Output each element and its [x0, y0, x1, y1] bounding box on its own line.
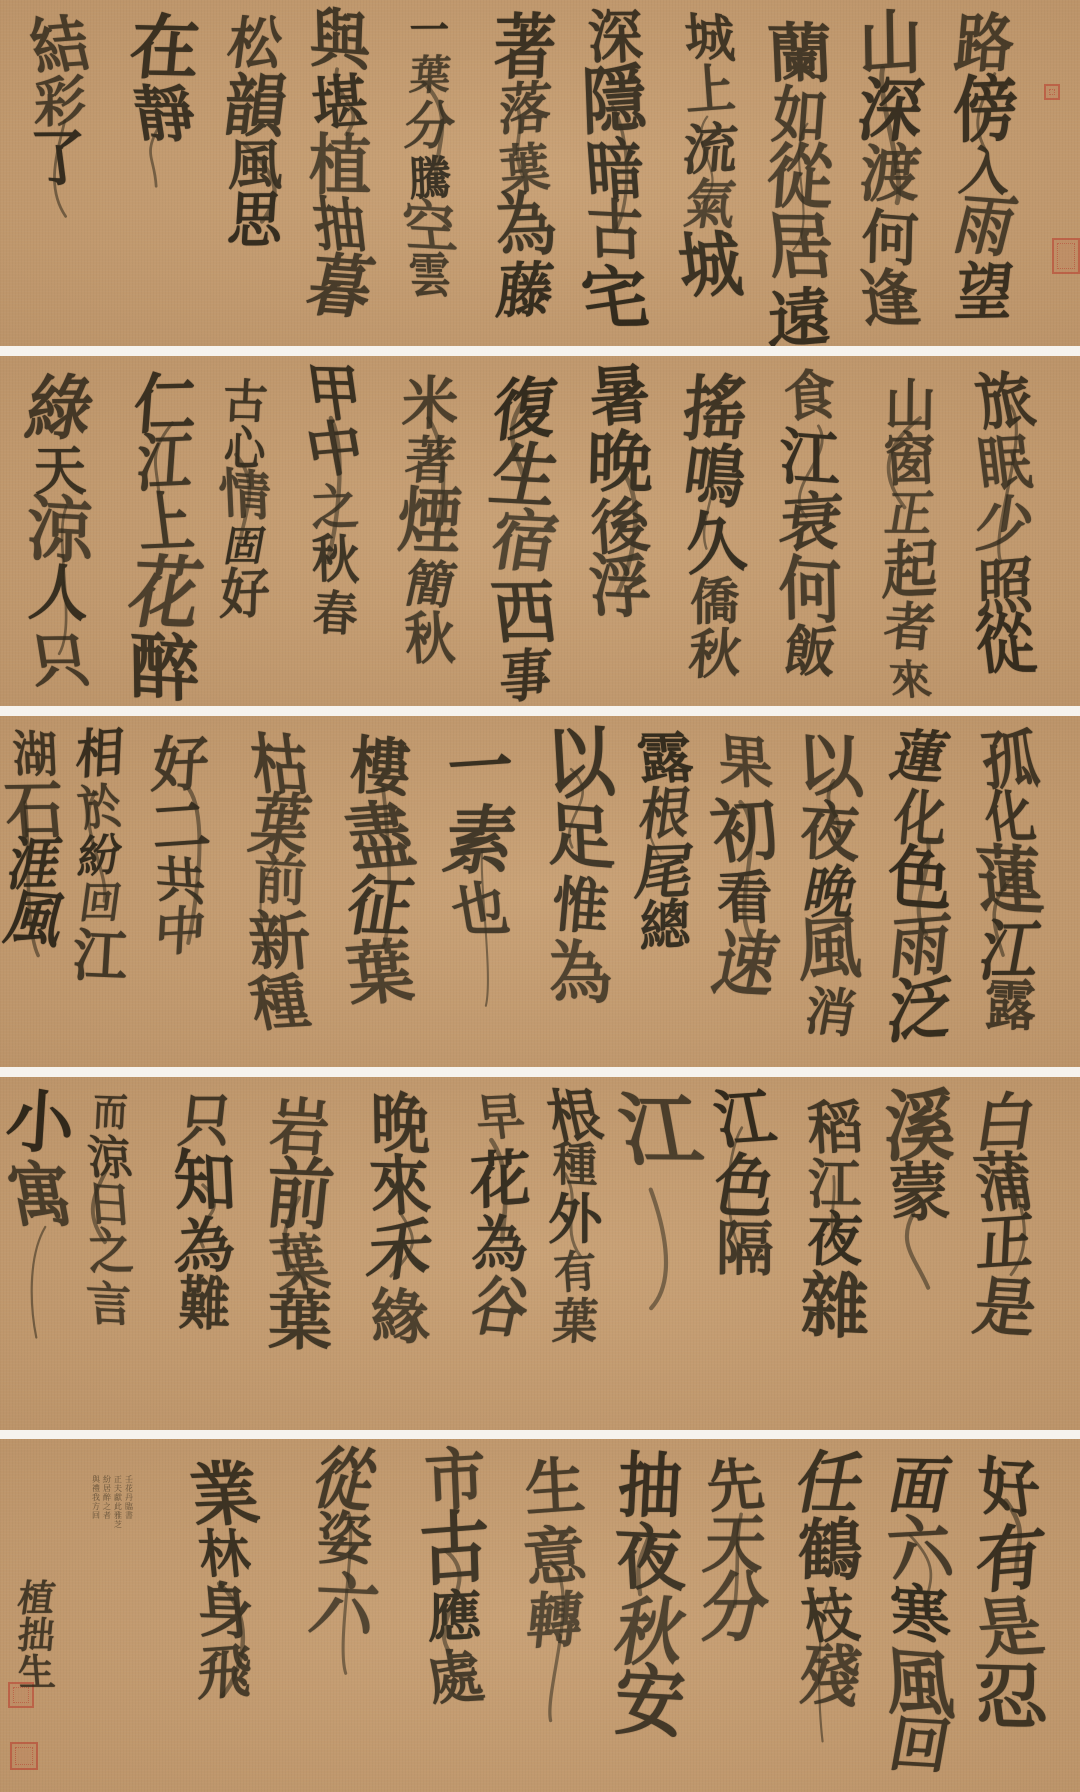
calligraphy-character: 任	[791, 1450, 870, 1518]
calligraphy-column: 一素也	[449, 732, 511, 938]
section-divider	[0, 706, 1080, 716]
calligraphy-column: 江色隔	[714, 1090, 776, 1279]
calligraphy-column: 早花為谷	[472, 1094, 528, 1336]
calligraphy-character: 何	[861, 207, 919, 271]
calligraphy-column: 路傍入雨望	[956, 13, 1014, 321]
calligraphy-character: 紛	[76, 832, 124, 880]
colophon-column: 紛居醉之者	[103, 1475, 111, 1529]
calligraphy-character: 蓮	[886, 728, 954, 787]
calligraphy-character: 雨	[948, 192, 1021, 262]
calligraphy-column: 業林身飛	[195, 1455, 255, 1700]
calligraphy-character: 簡	[400, 558, 461, 611]
calligraphy-character: 醉	[130, 630, 200, 706]
calligraphy-character: 著	[492, 12, 557, 83]
scroll-section-4: 白蒲正是溪蒙稻江夜雜江色隔江根種外有葉早花為谷晚來禾緣岩前葉葉只知為難而涼日之言…	[0, 1077, 1080, 1430]
calligraphy-character: 回	[77, 882, 124, 924]
calligraphy-column: 孤化蓮江露	[981, 726, 1039, 1030]
calligraphy-character: 一	[408, 10, 452, 53]
calligraphy-character: 情	[218, 467, 273, 524]
calligraphy-character: 分	[696, 1571, 773, 1646]
calligraphy-column: 根種外有葉	[550, 1086, 600, 1345]
calligraphy-character: 回	[885, 1715, 954, 1778]
calligraphy-character: 根	[636, 785, 694, 844]
calligraphy-column: 好有是忍	[977, 1454, 1043, 1733]
calligraphy-column: 果初看速	[715, 734, 775, 996]
calligraphy-column: 湖石涯風	[9, 727, 61, 949]
calligraphy-character: 分	[401, 101, 460, 153]
calligraphy-character: 從	[972, 613, 1039, 679]
calligraphy-column: 面六寒風回	[890, 1448, 950, 1776]
calligraphy-character: 種	[553, 1141, 598, 1192]
calligraphy-character: 深	[854, 76, 927, 146]
calligraphy-character: 江	[808, 1157, 862, 1212]
calligraphy-character: 難	[178, 1276, 231, 1336]
calligraphy-character: 種	[245, 972, 314, 1035]
calligraphy-character: 綠	[21, 374, 99, 445]
calligraphy-character: 松	[225, 16, 286, 72]
calligraphy-column: 與堪植抽暮	[311, 11, 369, 320]
section-divider	[0, 346, 1080, 356]
calligraphy-character: 西	[489, 579, 561, 648]
calligraphy-character: 夜	[806, 1212, 865, 1271]
calligraphy-character: 總	[640, 898, 691, 955]
calligraphy-column: 米著煙簡秋	[402, 370, 458, 664]
calligraphy-character: 城	[675, 228, 746, 301]
calligraphy-column: 蓮化色雨泛	[891, 724, 949, 1041]
calligraphy-character: 足	[545, 800, 616, 875]
calligraphy-character: 葉	[343, 937, 417, 1010]
calligraphy-character: 禾	[363, 1217, 437, 1286]
calligraphy-character: 以	[795, 731, 865, 802]
calligraphy-character: 速	[707, 928, 783, 1001]
calligraphy-character: 盡	[340, 799, 421, 876]
calligraphy-character: 先	[703, 1457, 767, 1517]
calligraphy-character: 是	[971, 1594, 1048, 1662]
calligraphy-character: 落	[497, 81, 553, 140]
colophon-column: 正夫獻此雅芝	[114, 1475, 122, 1529]
calligraphy-character: 之	[85, 1227, 135, 1277]
calligraphy-character: 果	[716, 734, 773, 795]
calligraphy-character: 蘭	[766, 23, 833, 88]
scroll-section-1: 路傍入雨望山深渡何逢蘭如從居遠城上流氣城深隱暗古宅著落葉為藤一葉分騰空雲與堪植抽…	[0, 0, 1080, 346]
calligraphy-character: 正	[975, 1211, 1035, 1276]
calligraphy-character: 中	[302, 418, 369, 482]
calligraphy-character: 秋	[311, 534, 360, 588]
calligraphy-character: 居	[762, 212, 838, 284]
calligraphy-character: 好	[219, 565, 270, 621]
calligraphy-column: 好二共中	[152, 734, 208, 957]
calligraphy-character: 之	[310, 484, 361, 534]
calligraphy-character: 生	[523, 1456, 586, 1522]
calligraphy-column: 仁江上花醉	[134, 371, 196, 704]
calligraphy-character: 生	[484, 440, 565, 512]
calligraphy-character: 姿	[317, 1511, 374, 1569]
calligraphy-character: 看	[715, 869, 774, 928]
calligraphy-character: 宅	[577, 264, 653, 332]
calligraphy-character: 來	[367, 1154, 432, 1221]
calligraphy-character: 從	[765, 142, 836, 213]
calligraphy-character: 韻	[220, 72, 291, 142]
calligraphy-column: 一葉分騰空雲	[407, 11, 453, 297]
calligraphy-character: 為	[471, 1215, 530, 1276]
calligraphy-column: 以夜晚風消	[801, 733, 859, 1038]
calligraphy-character: 好	[975, 1455, 1044, 1522]
calligraphy-column: 山深渡何逢	[861, 10, 919, 329]
calligraphy-character: 小	[4, 1087, 76, 1160]
calligraphy-character: 窗	[882, 432, 938, 491]
calligraphy-character: 業	[187, 1458, 263, 1530]
calligraphy-character: 蒙	[888, 1160, 953, 1225]
calligraphy-character: 堪	[310, 72, 370, 134]
calligraphy-column: 先天分	[704, 1452, 766, 1643]
calligraphy-column: 江	[625, 1086, 695, 1171]
calligraphy-character: 飯	[780, 625, 839, 683]
calligraphy-character: 隱	[581, 62, 649, 140]
calligraphy-column: 搖鳴久僑秋	[687, 372, 743, 681]
calligraphy-character: 江	[613, 1091, 706, 1171]
calligraphy-column: 結彩了	[31, 13, 89, 188]
calligraphy-character: 為	[545, 939, 615, 1007]
calligraphy-character: 於	[74, 782, 126, 833]
calligraphy-column: 岩前葉葉	[269, 1093, 331, 1355]
calligraphy-character: 而	[92, 1093, 128, 1133]
calligraphy-character: 了	[28, 129, 92, 190]
calligraphy-character: 隔	[716, 1220, 774, 1280]
calligraphy-column: 枯葉前新種	[252, 733, 308, 1032]
calligraphy-character: 葉	[551, 1299, 599, 1347]
calligraphy-character: 風	[797, 914, 863, 987]
calligraphy-column: 綠天涼人只	[31, 369, 89, 690]
calligraphy-character: 飛	[197, 1642, 254, 1705]
calligraphy-character: 何	[778, 553, 842, 629]
calligraphy-character: 稻	[806, 1099, 864, 1157]
calligraphy-column: 晚來禾緣	[370, 1094, 430, 1347]
scroll-section-3: 孤化蓮江露蓮化色雨泛以夜晚風消果初看速露根尾總以足惟為一素也樓盡征葉枯葉前新種好…	[0, 716, 1080, 1067]
signature-character: 生	[16, 1654, 56, 1691]
calligraphy-column: 白蒲正是	[974, 1094, 1036, 1339]
calligraphy-character: 應	[428, 1588, 481, 1646]
calligraphy-character: 傍	[953, 73, 1018, 148]
calligraphy-character: 花	[123, 553, 208, 634]
calligraphy-column: 抽夜秋安	[619, 1448, 681, 1737]
calligraphy-character: 望	[953, 261, 1017, 324]
calligraphy-character: 六	[305, 1572, 385, 1643]
signature-character: 拙	[16, 1617, 56, 1654]
calligraphy-character: 鶴	[797, 1517, 863, 1587]
calligraphy-character: 雜	[801, 1270, 870, 1344]
calligraphy-character: 煙	[396, 483, 464, 557]
calligraphy-character: 久	[681, 508, 749, 580]
calligraphy-character: 中	[153, 904, 207, 959]
calligraphy-character: 寓	[2, 1160, 78, 1230]
calligraphy-column: 山窗正起者來	[886, 373, 934, 701]
calligraphy-character: 也	[447, 881, 513, 938]
calligraphy-character: 身	[194, 1581, 256, 1643]
calligraphy-character: 素	[438, 804, 522, 878]
calligraphy-character: 知	[172, 1147, 237, 1216]
calligraphy-character: 忍	[969, 1660, 1050, 1734]
calligraphy-column: 復生宿西事	[496, 371, 554, 702]
calligraphy-column: 在靜	[134, 14, 196, 146]
calligraphy-character: 抽	[616, 1451, 683, 1523]
calligraphy-character: 古	[419, 1508, 491, 1592]
calligraphy-column: 溪蒙	[889, 1087, 951, 1222]
calligraphy-character: 宿	[487, 508, 563, 578]
calligraphy-character: 思	[226, 190, 284, 251]
calligraphy-character: 流	[680, 120, 739, 178]
calligraphy-character: 在	[127, 13, 203, 85]
calligraphy-character: 為	[490, 191, 559, 262]
calligraphy-character: 緣	[369, 1287, 431, 1349]
calligraphy-character: 夜	[614, 1522, 686, 1596]
section-divider	[0, 1430, 1080, 1439]
calligraphy-character: 僑	[690, 577, 740, 629]
calligraphy-character: 江	[71, 927, 129, 986]
calligraphy-column: 只知為難	[175, 1094, 235, 1332]
calligraphy-character: 與	[310, 7, 370, 76]
calligraphy-character: 泛	[884, 973, 956, 1046]
signature-character: 植	[15, 1580, 57, 1617]
calligraphy-character: 殘	[795, 1642, 864, 1712]
red-seal-stamp	[1044, 84, 1060, 100]
calligraphy-column: 深隱暗古宅	[586, 10, 644, 331]
calligraphy-character: 早	[473, 1093, 528, 1144]
calligraphy-character: 古	[221, 378, 268, 425]
calligraphy-character: 一	[445, 733, 515, 804]
calligraphy-character: 言	[86, 1280, 135, 1329]
calligraphy-character: 蓮	[973, 843, 1046, 920]
calligraphy-column: 蘭如從居遠	[771, 17, 829, 346]
calligraphy-column: 食江衰何飯	[781, 370, 839, 680]
calligraphy-character: 花	[469, 1148, 531, 1214]
calligraphy-character: 處	[422, 1649, 488, 1710]
calligraphy-character: 者	[882, 601, 938, 656]
calligraphy-character: 外	[548, 1191, 603, 1247]
calligraphy-character: 渡	[857, 144, 924, 206]
calligraphy-column: 城上流氣城	[681, 9, 739, 296]
calligraphy-character: 旅	[971, 370, 1040, 435]
calligraphy-character: 消	[801, 986, 860, 1041]
calligraphy-character: 露	[984, 977, 1036, 1035]
calligraphy-character: 是	[969, 1275, 1040, 1342]
calligraphy-character: 藤	[494, 261, 556, 322]
calligraphy-character: 事	[497, 647, 552, 706]
red-seal-stamp	[10, 1742, 38, 1770]
calligraphy-character: 前	[253, 852, 307, 911]
calligraphy-character: 暮	[301, 252, 380, 324]
calligraphy-character: 江	[780, 426, 840, 492]
calligraphy-column: 以足惟為	[549, 726, 611, 1005]
calligraphy-character: 秋	[403, 611, 456, 668]
colophon-inscription: 壬花丹臨書正夫獻此雅芝紛居醉之者與禮我方回	[92, 1475, 133, 1529]
calligraphy-character: 意	[520, 1524, 590, 1591]
calligraphy-character: 只	[26, 632, 93, 691]
calligraphy-character: 初	[707, 794, 784, 867]
calligraphy-column: 露根尾總	[638, 728, 692, 952]
calligraphy-character: 眠	[975, 433, 1035, 495]
calligraphy-column: 旅眠少照從	[976, 370, 1034, 675]
calligraphy-character: 逢	[857, 269, 923, 331]
calligraphy-column: 松韻風思	[224, 13, 286, 247]
calligraphy-column: 相於紛回江	[76, 724, 124, 983]
calligraphy-character: 新	[246, 909, 313, 973]
calligraphy-character: 春	[312, 589, 359, 639]
calligraphy-character: 惟	[549, 876, 611, 940]
calligraphy-character: 晚	[586, 429, 653, 498]
calligraphy-character: 好	[150, 734, 211, 796]
calligraphy-column: 稻江夜雜	[805, 1093, 865, 1341]
scroll-section-2: 旅眠少照從山窗正起者來食江衰何飯搖鳴久僑秋暑晚後浮復生宿西事米著煙簡秋甲中之秋春…	[0, 356, 1080, 706]
calligraphy-character: 相	[75, 726, 125, 783]
calligraphy-character: 浮	[587, 553, 653, 624]
calligraphy-column: 市古應處	[424, 1447, 486, 1707]
calligraphy-character: 有	[973, 1521, 1048, 1598]
calligraphy-character: 林	[197, 1529, 253, 1581]
calligraphy-character: 少	[972, 494, 1038, 555]
calligraphy-column: 而涼日之言	[90, 1094, 130, 1327]
calligraphy-character: 安	[613, 1662, 687, 1743]
calligraphy-character: 古	[586, 198, 644, 265]
calligraphy-column: 任鶴枝殘	[799, 1449, 861, 1707]
calligraphy-column: 從姿六	[314, 1451, 376, 1639]
calligraphy-character: 葉	[408, 54, 452, 96]
calligraphy-character: 色	[709, 1152, 781, 1222]
calligraphy-character: 米	[401, 374, 459, 433]
calligraphy-character: 人	[26, 564, 93, 627]
calligraphy-character: 露	[634, 730, 696, 786]
calligraphy-character: 谷	[466, 1274, 535, 1342]
calligraphy-character: 上	[683, 62, 737, 119]
calligraphy-character: 轉	[524, 1590, 586, 1653]
calligraphy-column: 小寓	[10, 1089, 70, 1227]
scroll-section-5: 好有是忍面六寒風回任鶴枝殘先天分抽夜秋安生意轉市古應處從姿六業林身飛壬花丹臨書正…	[0, 1439, 1080, 1792]
calligraphy-column: 暑晚後浮	[591, 365, 649, 619]
colophon-column: 與禮我方回	[92, 1475, 100, 1529]
calligraphy-character: 江	[710, 1087, 781, 1154]
calligraphy-character: 前	[263, 1155, 338, 1235]
calligraphy-column: 古心情固好	[222, 373, 268, 618]
calligraphy-character: 有	[552, 1250, 598, 1297]
colophon-column: 壬花丹臨書	[125, 1475, 133, 1529]
calligraphy-column: 甲中之秋春	[310, 365, 360, 636]
calligraphy-character: 起	[881, 538, 939, 603]
artist-signature: 植拙生	[18, 1580, 55, 1690]
calligraphy-character: 靜	[130, 85, 199, 147]
red-seal-stamp	[1052, 238, 1080, 274]
calligraphy-character: 食	[783, 368, 838, 427]
calligraphy-character: 遠	[768, 285, 832, 346]
calligraphy-column: 著落葉為藤	[496, 17, 554, 319]
calligraphy-column: 生意轉	[524, 1456, 586, 1649]
calligraphy-character: 秋	[687, 627, 743, 683]
calligraphy-character: 葉	[268, 1289, 332, 1355]
calligraphy-column: 樓盡征葉	[349, 732, 411, 1007]
calligraphy-character: 雲	[407, 252, 452, 301]
calligraphy-character: 來	[887, 659, 933, 701]
section-divider	[0, 1067, 1080, 1077]
